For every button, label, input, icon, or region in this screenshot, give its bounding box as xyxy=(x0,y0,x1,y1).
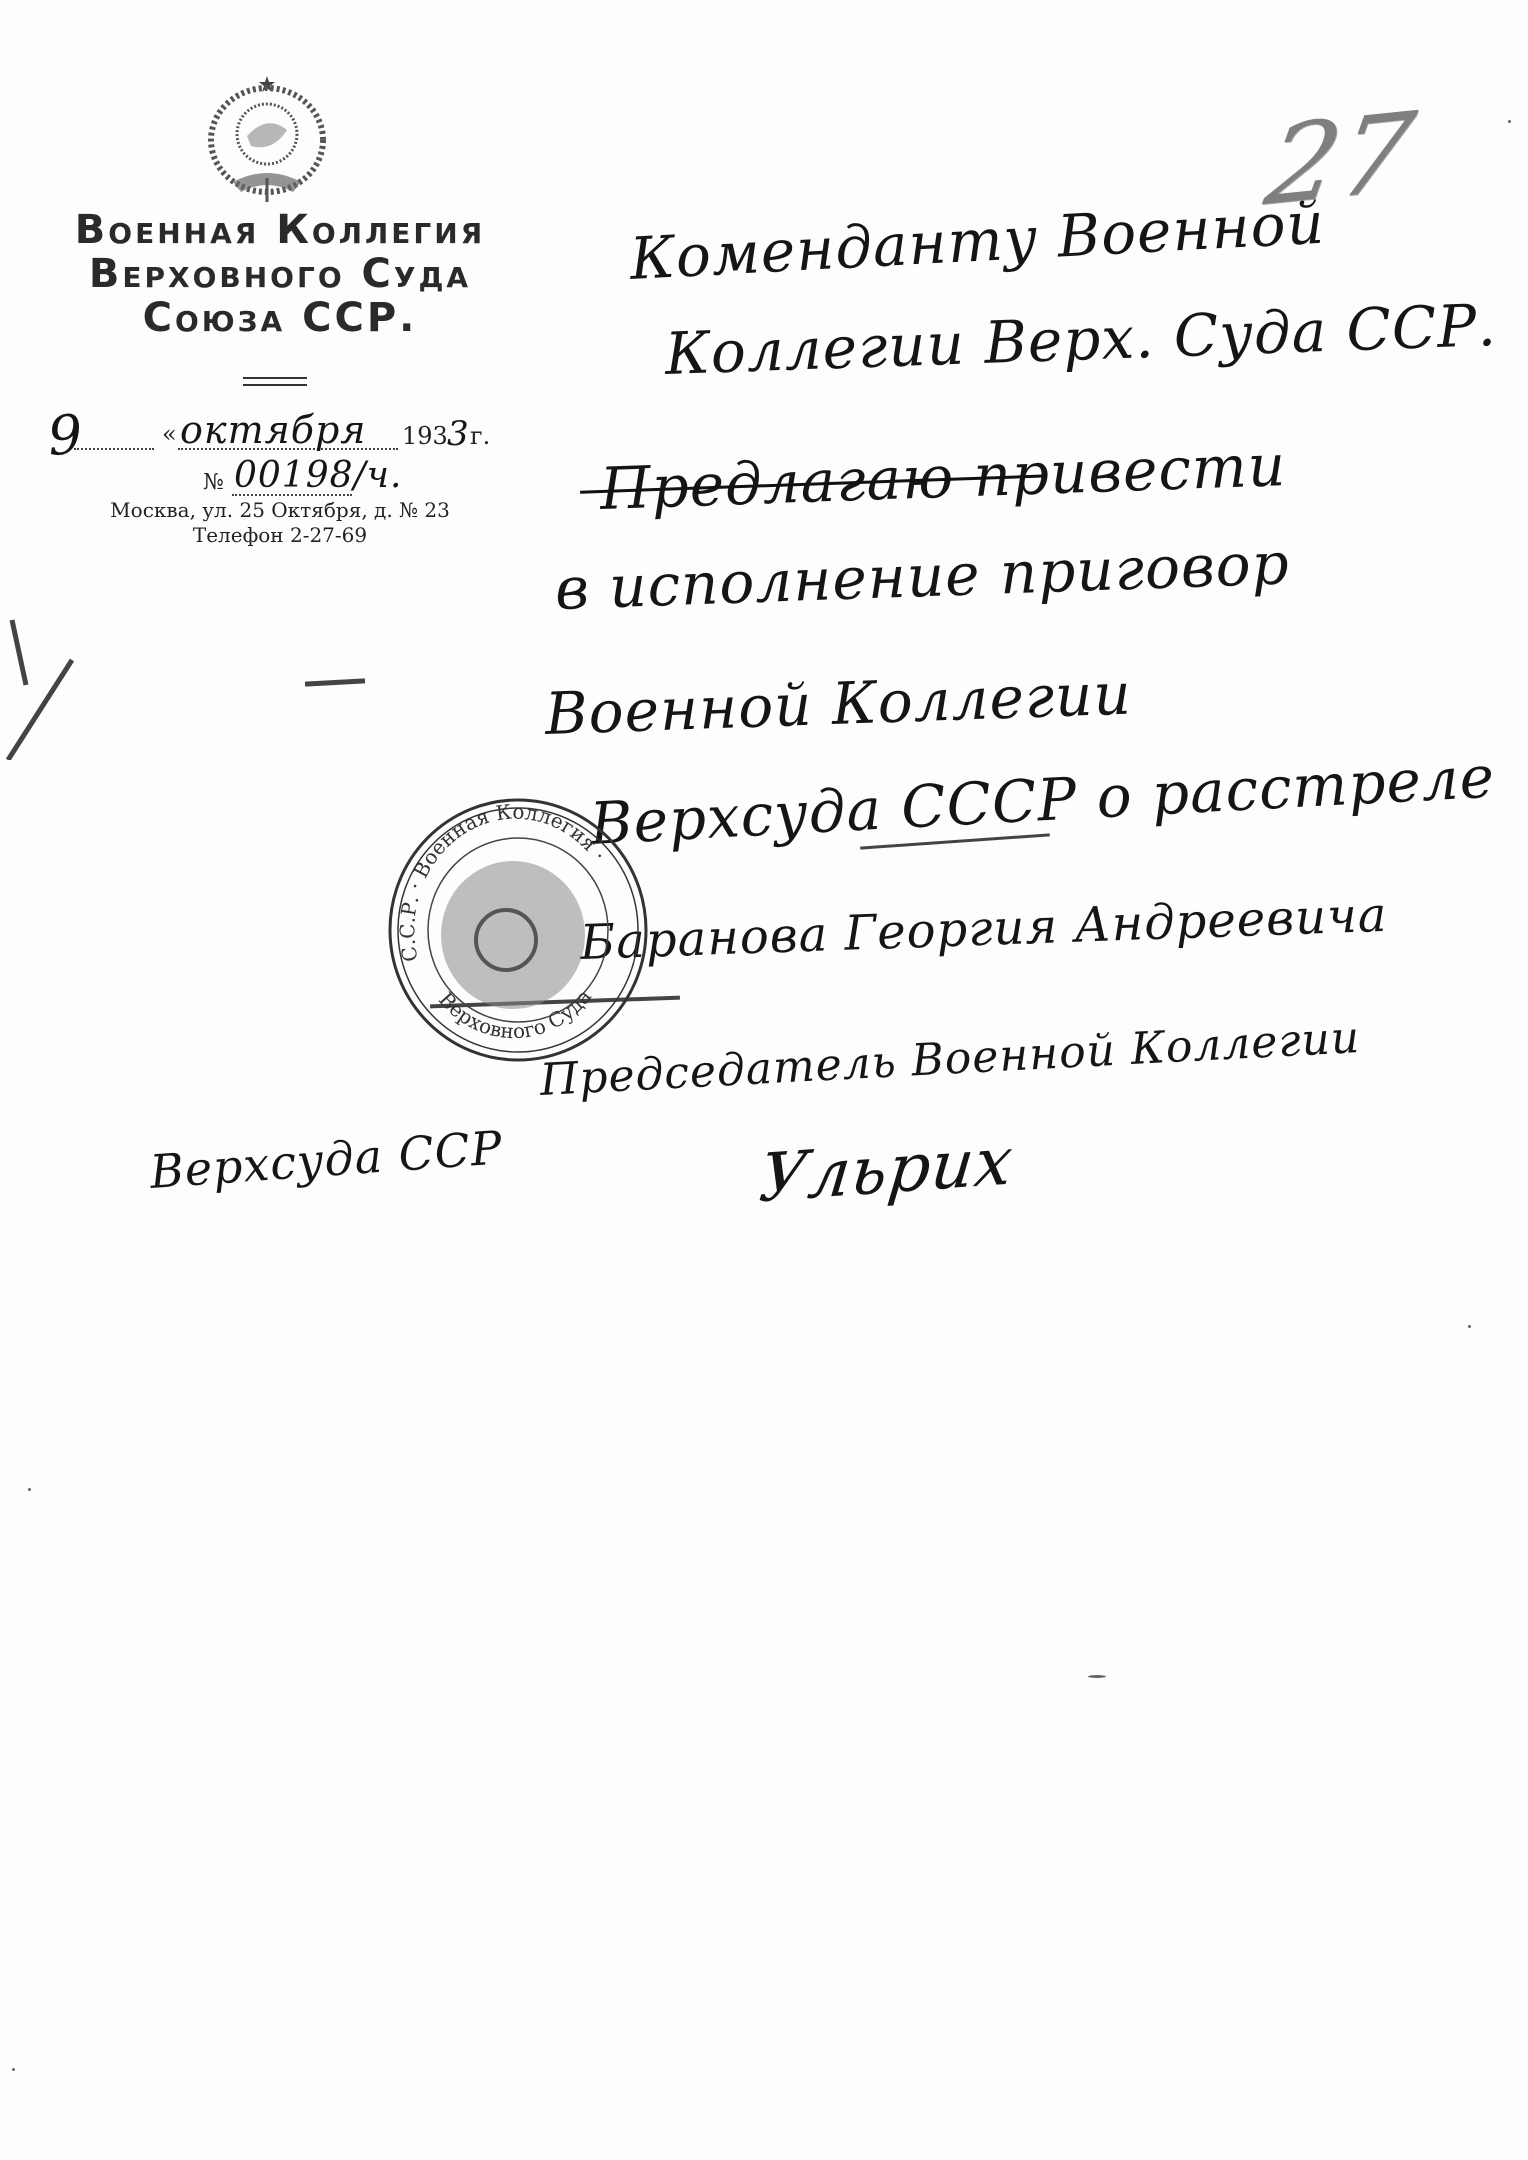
date-day: 9 xyxy=(46,403,86,468)
body-line-7: Баранова Георгия Андреевича xyxy=(579,887,1388,971)
address: Москва, ул. 25 Октября, д. № 23 Телефон … xyxy=(60,498,500,548)
scan-speck xyxy=(28,1488,31,1491)
address-street: Москва, ул. 25 Октября, д. № 23 xyxy=(60,498,500,523)
body-line-2: Коллегии Верх. Суда ССР. xyxy=(664,291,1498,388)
organization-name: Военная Коллегия Верховного Суда Союза С… xyxy=(40,208,520,340)
scan-speck xyxy=(12,2068,15,2071)
dash-mark-icon xyxy=(305,678,365,686)
body-line-1: Коменданту Военной xyxy=(628,189,1326,293)
body-line-4: в исполнение приговор xyxy=(554,529,1291,623)
date-month: октября xyxy=(180,408,366,452)
signature-title: Председатель Военной Коллегии xyxy=(539,1012,1362,1106)
org-line-3: Союза ССР. xyxy=(40,296,520,340)
scan-speck xyxy=(1508,120,1511,123)
date-day-dots xyxy=(74,448,154,450)
org-line-1: Военная Коллегия xyxy=(40,208,520,252)
body-line-5: Военной Коллегии xyxy=(544,660,1133,748)
date-quote: « xyxy=(162,420,177,448)
date-year-suffix: 3 xyxy=(447,414,470,454)
number-value: 00198/ч. xyxy=(234,455,403,496)
official-stamp: С.С.Р. · Военная Коллегия · Верховного С… xyxy=(378,790,658,1070)
signature: Ульрих xyxy=(756,1122,1017,1217)
org-line-2: Верховного Суда xyxy=(40,252,520,296)
address-phone: Телефон 2-27-69 xyxy=(60,523,500,548)
date-year-prefix: 193 xyxy=(402,422,448,450)
document-page: Военная Коллегия Верховного Суда Союза С… xyxy=(0,0,1528,2160)
signature-left-line: Верхсуда ССР xyxy=(148,1120,504,1199)
scan-speck xyxy=(1088,1675,1106,1678)
check-mark-icon xyxy=(0,600,80,760)
body-line-3: Предлагаю привести xyxy=(599,431,1287,523)
date-year-unit: г. xyxy=(470,422,490,450)
divider xyxy=(243,377,307,386)
scan-speck xyxy=(1468,1325,1471,1328)
body-line-6: Верхсуда СССР о расстреле xyxy=(588,743,1496,858)
coat-of-arms-icon xyxy=(203,74,331,204)
number-label: № xyxy=(203,470,224,495)
